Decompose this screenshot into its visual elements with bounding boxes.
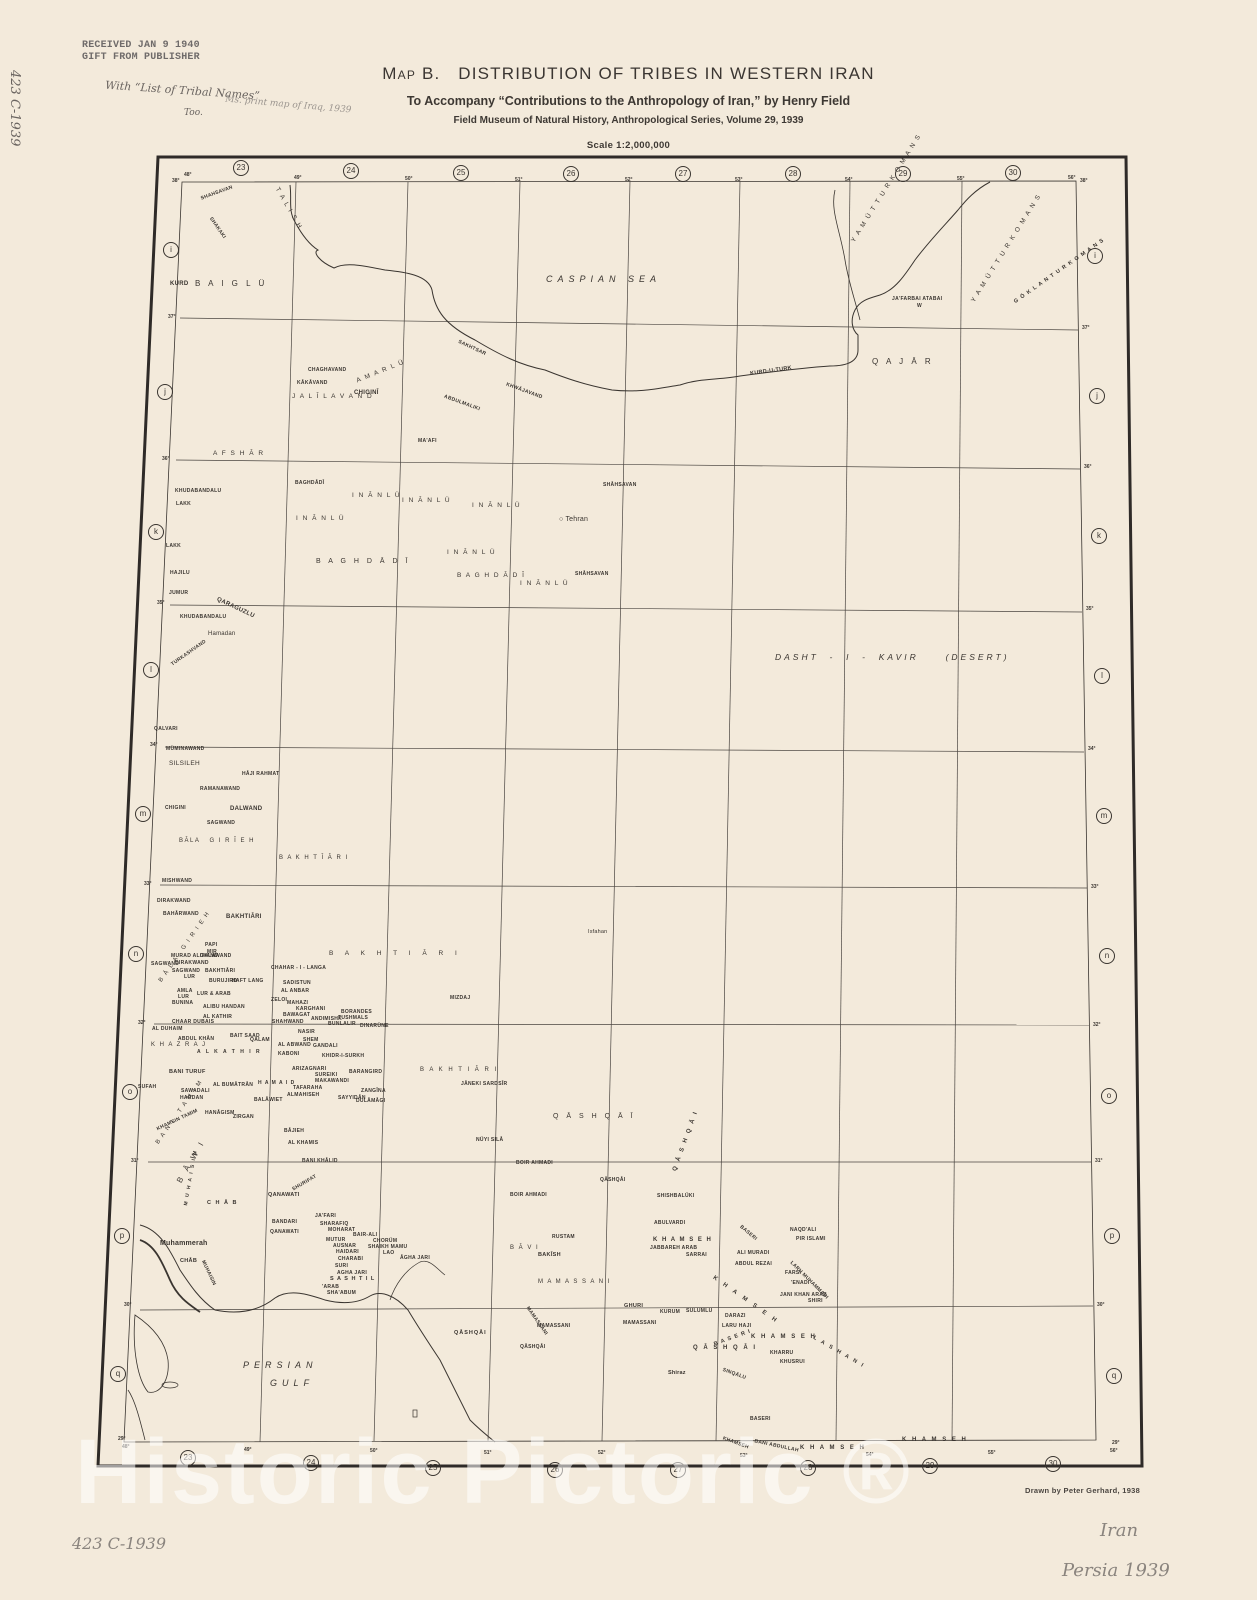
tribe-sadistun: SADISTUN — [283, 980, 311, 986]
map-credit: Drawn by Peter Gerhard, 1938 — [1025, 1486, 1140, 1495]
lat-34-left: 34° — [150, 742, 158, 748]
tribe-shiri: SHIRI — [808, 1298, 823, 1304]
tribe-qalam: QALAM — [250, 1037, 270, 1043]
tribe-barangird: BARANGIRD — [349, 1069, 382, 1075]
tribe-qashqai-5: QĀSHQĀI — [520, 1344, 545, 1350]
lat-38-right: 38° — [1080, 178, 1088, 184]
lon-56-top: 56° — [1068, 175, 1076, 181]
tribe-abdul-rezai: ABDUL REZAI — [735, 1261, 772, 1267]
lat-37-left: 37° — [168, 314, 176, 320]
grid-row-left-p: p — [114, 1228, 130, 1244]
lat-36-left: 36° — [162, 456, 170, 462]
map-neatline — [124, 181, 1096, 1442]
lat-35-left: 35° — [157, 600, 165, 606]
tribe-dalwand: DALWAND — [230, 806, 262, 812]
tribe-shishbaluki: SHISHBALÜKI — [657, 1193, 694, 1199]
lat-34-right: 34° — [1088, 746, 1096, 752]
tribe-kharru: KHARRU — [770, 1350, 793, 1356]
tribe-muminawand: MÜMINAWAND — [166, 746, 205, 752]
tribe-shahwand: SHAHWAND — [272, 1019, 304, 1025]
tribe-inanlu-2: I N Ā N L Ü — [296, 515, 345, 522]
tribe-inanlu-4: I N Ā N L Ü — [472, 502, 521, 509]
tribe-khudabandalu-1: KHUDABANDALU — [175, 488, 221, 494]
grid-row-right-m: m — [1096, 808, 1112, 824]
tribe-bakhtiari-big: B A K H T I Ā R I — [329, 950, 462, 957]
tribe-lakk-1: LAKK — [176, 501, 191, 507]
tribe-gandali: GANDALI — [313, 1043, 338, 1049]
tribe-khusrui: KHUSRUI — [780, 1359, 805, 1365]
tribe-haidari: HAIDARI — [336, 1249, 359, 1255]
tribe-lao: LAO — [383, 1250, 394, 1256]
lon-54-top: 54° — [845, 177, 853, 183]
tribe-khazraj: K H A Z R A J — [151, 1042, 207, 1048]
tribe-agha-jari-2: ĀGHA JARI — [400, 1255, 430, 1261]
tribe-balawiet: BALĀWIET — [254, 1097, 283, 1103]
tribe-almahiseh: ALMAHISEH — [287, 1092, 319, 1098]
tribe-inanlu-5: I N Ā N L Ü — [447, 549, 496, 556]
tribe-khudabandalu-2: KHUDABANDALU — [180, 614, 226, 620]
tribe-baghdadi-big: B A G H D Ā D Ī — [316, 558, 410, 565]
tribe-inanlu-3: I N Ā N L Ü — [402, 497, 451, 504]
dasht-i-kavir-label: DASHT - I - KAVIR (DESERT) — [775, 652, 1010, 662]
watermark: Historic Pictoric ® — [75, 1420, 912, 1525]
persian-gulf-label-2: GULF — [270, 1378, 314, 1388]
city-tehran: ○ Tehran — [559, 516, 588, 523]
tribe-qanawati-2: QANAWATI — [270, 1229, 299, 1235]
tribe-lur: LUR — [184, 974, 195, 980]
tribe-sashtil: S A S H T I L — [330, 1276, 375, 1282]
tribe-baghdadi-1: BAGHDĀDĪ — [295, 480, 324, 486]
tribe-al-kathir-2: A L K A T H I R — [197, 1049, 262, 1055]
tribe-bawagat: BAWAGAT — [283, 1012, 310, 1018]
grid-col-bottom-30: 30 — [1045, 1456, 1061, 1472]
tribe-shahsavan-3: SHĀHSAVAN — [575, 571, 609, 577]
grid-row-left-o: o — [122, 1084, 138, 1100]
grid-col-top-27: 27 — [675, 166, 691, 182]
tribe-tafaraha: TAFARAHA — [293, 1085, 323, 1091]
lon-50-top: 50° — [405, 176, 413, 182]
lat-31-right: 31° — [1095, 1158, 1103, 1164]
delta-island — [134, 1315, 168, 1392]
tribe-baharwand: BAHĀRWAND — [163, 911, 199, 917]
tribe-ali-muradi: ALI MURADI — [737, 1250, 769, 1256]
tribe-bajieh: BĀJIEH — [284, 1128, 304, 1134]
tribe-suri: SURI — [335, 1263, 348, 1269]
tribe-chaghavand: CHAGHAVAND — [308, 367, 346, 373]
tribe-bakhtiari-3: BAKHTIĀRI — [205, 968, 235, 974]
tribe-zangina: ZANGĪNA — [361, 1088, 386, 1094]
lon-48-top: 48° — [184, 172, 192, 178]
tribe-al-duhaim: AL DUHAIM — [152, 1026, 183, 1032]
lat-30-right: 30° — [1097, 1302, 1105, 1308]
tribe-boir-ahmadi-2: BOIR AHMADI — [510, 1192, 547, 1198]
tribe-jumur: JUMUR — [169, 590, 188, 596]
tribe-chigini: CHIGINĪ — [354, 390, 379, 396]
tribe-bunina: BUNINA — [172, 1000, 193, 1006]
tribe-dirakwand-2: DIRAKWAND — [175, 960, 209, 966]
tribe-mishwand: MISHWAND — [162, 878, 192, 884]
tribe-bakhtiari-4: B A K H T I Ā R I — [420, 1067, 498, 1073]
tribe-afshar: A F S H Ā R — [213, 450, 265, 457]
tribe-kurum: KURUM — [660, 1309, 680, 1315]
tribe-charabi: CHARABI — [338, 1256, 363, 1262]
tribe-hanagism: HANĀGISM — [205, 1110, 235, 1116]
tribe-dinarune: DINARÜNE — [360, 1023, 389, 1029]
grid-row-right-l: l — [1094, 668, 1110, 684]
grid-row-right-p: p — [1104, 1228, 1120, 1244]
grid-col-top-30: 30 — [1005, 165, 1021, 181]
grid-row-right-q: q — [1106, 1368, 1122, 1384]
lat-35-right: 35° — [1086, 606, 1094, 612]
tribe-haft-lang: HAFT LANG — [232, 978, 264, 984]
lat-33-left: 33° — [144, 881, 152, 887]
tribe-inanlu-1: I N Ā N L Ü — [352, 492, 401, 499]
caspian-sea-label: CASPIAN SEA — [546, 274, 661, 284]
tribe-hamaid: H A M A I D — [258, 1080, 295, 1086]
lon-53-top: 53° — [735, 177, 743, 183]
tribe-galawand: GALAWAND — [200, 953, 232, 959]
tribe-qashqai-small: QĀSHQĀI — [600, 1177, 625, 1183]
lat-32-right: 32° — [1093, 1022, 1101, 1028]
tribe-jabbareh-arab: JABBAREH ARAB — [650, 1245, 697, 1251]
tribe-maafi: MA'AFI — [418, 438, 437, 444]
grid-col-top-23: 23 — [233, 160, 249, 176]
grid-col-top-24: 24 — [343, 163, 359, 179]
tribe-qashqai-4: QĀSHQĀI — [454, 1330, 487, 1336]
grid-col-bottom-29: 29 — [922, 1458, 938, 1474]
tribe-sufah: SUFAH — [138, 1084, 156, 1090]
tribe-shahsavan-2: SHĀHSAVAN — [603, 482, 637, 488]
tribe-boir-ahmadi: BOIR AHMADI — [516, 1160, 553, 1166]
grid-row-right-k: k — [1091, 528, 1107, 544]
grid-col-top-25: 25 — [453, 165, 469, 181]
tribe-al-anbar: AL ANBAR — [281, 988, 309, 994]
lon-55-top: 55° — [957, 176, 965, 182]
tribe-rustam: RUSTAM — [552, 1234, 575, 1240]
tribe-dulamagi: DULĀMĀGI — [356, 1098, 385, 1104]
grid-row-left-j: j — [157, 384, 173, 400]
karun-river — [390, 1261, 445, 1300]
tribe-al-abwand: AL ABWAND — [278, 1042, 311, 1048]
tribe-bani-khalid: BANI KHĀLID — [302, 1158, 338, 1164]
tribe-moharat: MOHARAT — [328, 1227, 355, 1233]
tribe-jafari: JA'FARI — [315, 1213, 336, 1219]
handwritten-bottom-left: 423 C-1939 — [72, 1534, 166, 1553]
tribe-al-khamis: AL KHAMIS — [288, 1140, 318, 1146]
grid-row-right-j: j — [1089, 388, 1105, 404]
grid-row-left-i: i — [163, 242, 179, 258]
tribe-chahar-i-langa: CHAHAR - I - LANGA — [271, 965, 326, 971]
tribe-zirgan: ZIRGAN — [233, 1114, 254, 1120]
tribe-baghdadi-w: B A G H D Ā D Ī — [457, 572, 525, 579]
tribe-mamassani-3: MAMASSANI — [537, 1323, 571, 1329]
tribe-marker-w: W — [917, 303, 922, 309]
tribe-khamseh-2: K H A M S E H — [751, 1334, 817, 1340]
lon-51-top: 51° — [515, 177, 523, 183]
grid-row-right-n: n — [1099, 948, 1115, 964]
lat-37-right: 37° — [1082, 325, 1090, 331]
tribe-khidr-i-surkh: KHIDR-I-SURKH — [322, 1053, 364, 1059]
tribe-laru-haji: LARU HAJI — [722, 1323, 751, 1329]
tribe-darazi: DARAZI — [725, 1313, 746, 1319]
tribe-haji-rahmat: HĀJI RAHMAT — [242, 771, 279, 777]
tribe-silsileh: SILSILEH — [169, 760, 200, 767]
tribe-naqd-ali: NAQD'ALI — [790, 1227, 816, 1233]
tribe-bandari: BANDARI — [272, 1219, 297, 1225]
lat-29-right: 29° — [1112, 1440, 1120, 1446]
city-shiraz: Shiraz — [668, 1370, 686, 1376]
tribe-bakhtiari-2: BAKHTIĀRI — [226, 914, 262, 920]
tribe-ghuri: GHURI — [624, 1303, 643, 1309]
grid-row-left-k: k — [148, 524, 164, 540]
tribe-baiglu: B A I G L Ü — [195, 279, 267, 288]
grid-row-right-o: o — [1101, 1088, 1117, 1104]
lon-49-top: 49° — [294, 175, 302, 181]
city-isfahan: Isfahan — [588, 929, 607, 935]
tribe-bakish: BAKĪSH — [538, 1252, 561, 1258]
tribe-alibu-handan: ALIBU HANDAN — [203, 1004, 245, 1010]
grid-row-left-n: n — [128, 946, 144, 962]
grid-row-left-q: q — [110, 1366, 126, 1382]
tribe-papi: PAPI — [205, 942, 218, 948]
lat-38-left: 38° — [172, 178, 180, 184]
tribe-chigini-2: CHIGINI — [165, 805, 186, 811]
tribe-farsi: FARSI — [785, 1270, 801, 1276]
tribe-nasir: NASIR — [298, 1029, 315, 1035]
tribe-hajilu: HAJILU — [170, 570, 190, 576]
longitude-lines — [260, 181, 962, 1442]
tribe-mamassani-4: MAMASSANI — [623, 1320, 657, 1326]
tribe-ramanawand: RAMANAWAND — [200, 786, 240, 792]
tribe-jafarbai-atabai: JA'FARBAI ATABAI — [892, 296, 942, 302]
handwritten-bottom-right-1: Iran — [1100, 1520, 1138, 1541]
tribe-nuyi-sila: NÜYI SILĀ — [476, 1137, 503, 1143]
tribe-sulumlu: SULUMLU — [686, 1308, 713, 1314]
tribe-mamassani: M A M A S S A N I — [538, 1279, 611, 1285]
persian-gulf-label-1: PERSIAN — [243, 1360, 318, 1370]
map-canvas — [0, 0, 1257, 1600]
grid-col-top-26: 26 — [563, 166, 579, 182]
east-coast-inlet — [834, 190, 860, 320]
lat-36-right: 36° — [1084, 464, 1092, 470]
tribe-enadi: 'ENADI — [791, 1280, 810, 1286]
kharg-island — [162, 1382, 178, 1388]
tribe-lur-and-arab: LUR & ARAB — [197, 991, 231, 997]
tribe-sagwand: SAGWAND — [207, 820, 235, 826]
tribe-sarrai: SARRAI — [686, 1252, 707, 1258]
grid-row-left-l: l — [143, 662, 159, 678]
city-muhammerah: Muhammerah — [160, 1240, 208, 1247]
tribe-al-bumatran: AL BUMĀTRĀN — [213, 1082, 253, 1088]
tribe-kakavand: KĀKĀVAND — [297, 380, 328, 386]
tribe-khamseh-1: K H A M S E H — [653, 1237, 712, 1243]
lat-31-left: 31° — [131, 1158, 139, 1164]
tribe-shaabum: SHA'ABUM — [327, 1290, 356, 1296]
tribe-qalvari: QALVARI — [154, 726, 178, 732]
tribe-chab: C H Ā B — [207, 1200, 238, 1206]
lon-52-top: 52° — [625, 177, 633, 183]
lon-56-bottom: 56° — [1110, 1448, 1118, 1454]
lat-33-right: 33° — [1091, 884, 1099, 890]
tribe-qanawati: QANAWATI — [268, 1192, 300, 1198]
tribe-abulvardi: ABULVARDI — [654, 1220, 685, 1226]
tribe-bani-turuf: BANI TURUF — [169, 1069, 206, 1075]
handwritten-bottom-right-2: Persia 1939 — [1062, 1560, 1170, 1581]
tribe-chab-2: CHĀB — [180, 1258, 197, 1264]
tribe-janeki-sardsir: JĀNEKI SARDSĪR — [461, 1081, 507, 1087]
tribe-kaboni: KABONI — [278, 1051, 300, 1057]
tribe-qashqai-big: Q Ā S H Q Ā Ī — [553, 1113, 636, 1120]
tribe-dirakwand: DIRAKWAND — [157, 898, 191, 904]
tribe-bavi: B Ā V I — [510, 1245, 539, 1251]
tribe-qashqai-3: Q Ā S H Q Ā I — [693, 1345, 757, 1351]
tribe-mizdaj: MIZDAJ — [450, 995, 470, 1001]
tribe-inanlu-6: I N Ā N L Ü — [520, 580, 569, 587]
tribe-makawandi: MAKAWANDI — [315, 1078, 349, 1084]
lat-32-left: 32° — [138, 1020, 146, 1026]
tribe-kurd: KURD — [170, 281, 189, 287]
tribe-qajar: Q A J Ā R — [872, 357, 934, 366]
latitude-lines — [140, 318, 1093, 1310]
small-island — [413, 1410, 417, 1417]
grid-row-left-m: m — [135, 806, 151, 822]
tribe-chaar-dubais: CHAAR DUBAIS — [172, 1019, 214, 1025]
lat-30-left: 30° — [124, 1302, 132, 1308]
tribe-bunlalir: BUNLALIR — [328, 1021, 356, 1027]
grid-col-top-28: 28 — [785, 166, 801, 182]
tribe-bala-girieh: BĀLA G I R Ī E H — [179, 838, 255, 844]
tribe-zeloi: ZELOI — [271, 997, 287, 1003]
city-hamadan: Hamadan — [208, 631, 235, 637]
lon-55-bottom: 55° — [988, 1450, 996, 1456]
tribe-pir-islami: PIR ISLAMI — [796, 1236, 826, 1242]
tribe-bakhtiari-1: B A K H T Ī Ā R I — [279, 855, 349, 861]
tribe-lakk-2: LAKK — [166, 543, 181, 549]
